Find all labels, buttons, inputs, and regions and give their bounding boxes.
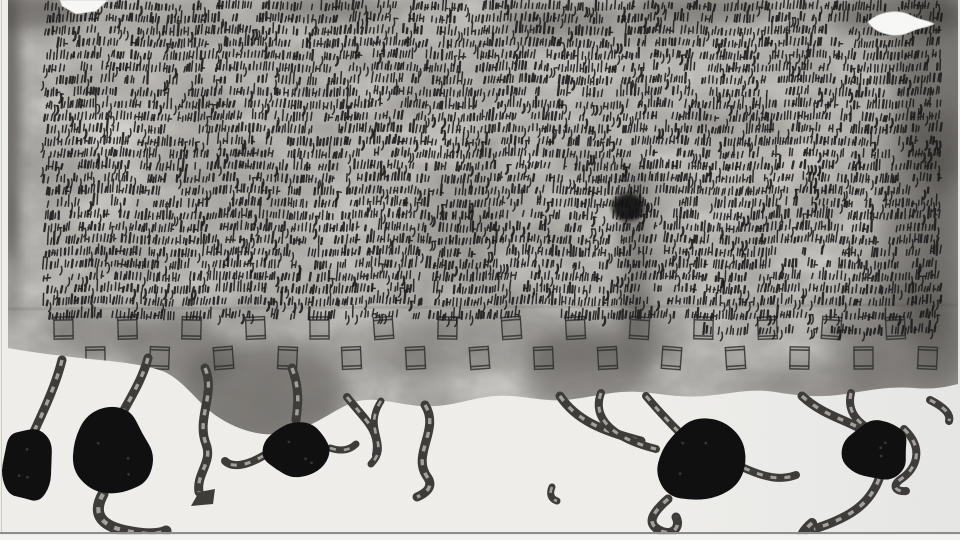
charter-scene — [0, 0, 960, 540]
photo-grain — [0, 0, 960, 540]
charter-photograph — [0, 0, 960, 540]
